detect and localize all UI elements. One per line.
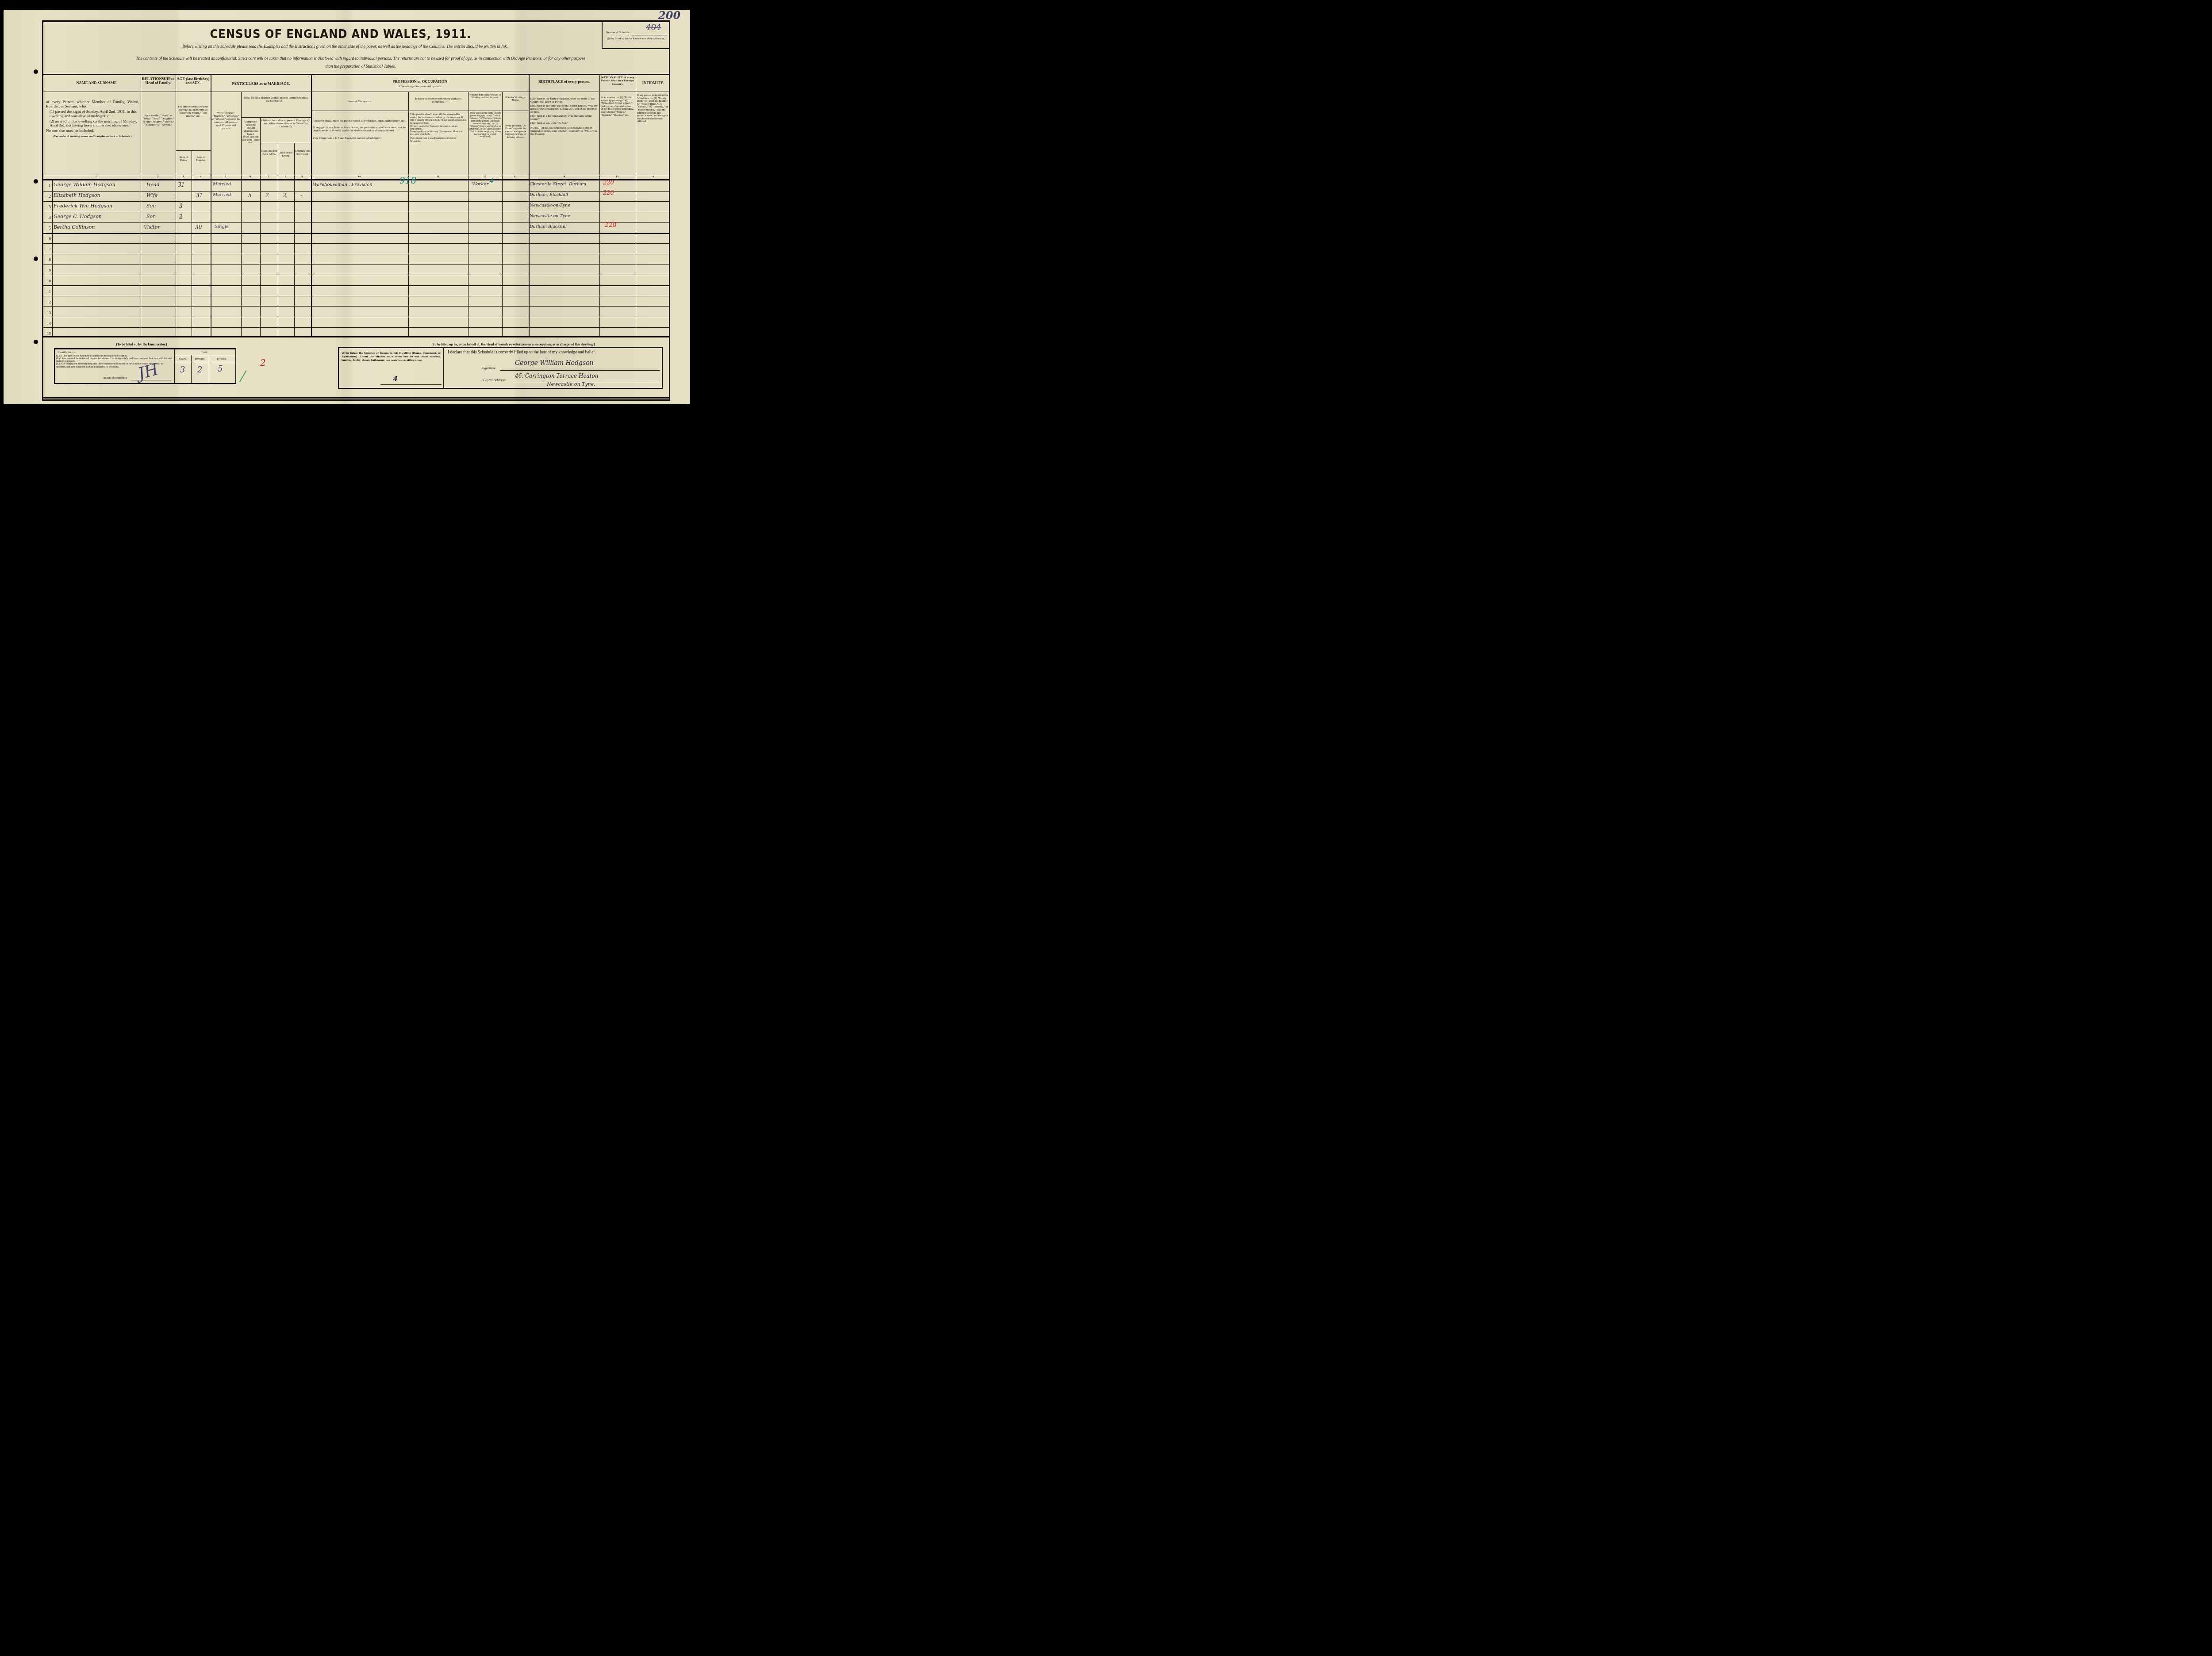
birthplace-instructions: (1) If born in the United Kingdom, write… [530, 97, 598, 136]
row-number: 14 [43, 321, 51, 326]
col-number: 15. [599, 175, 636, 178]
birthplace-cell[interactable]: Durham Blackhill [530, 224, 567, 229]
col-number: 4. [192, 175, 211, 178]
row-number: 10 [43, 279, 51, 283]
personal-body-3: (See Instructions 1 to 8 and Examples on… [313, 137, 406, 140]
confidential-notice-cont: than the preparation of Statistical Tabl… [49, 64, 672, 69]
postal-address-line-1[interactable]: 46. Carrington Terrace Heaton [515, 373, 598, 379]
col-number: 6. [241, 175, 260, 178]
subhead-line [176, 150, 211, 151]
employer-label: Whether Employer, Worker, or Working on … [469, 94, 502, 100]
children-header: Children born alive to present Marriage.… [261, 119, 311, 128]
birthplace-b2: (2) If born in any other part of the Bri… [530, 104, 598, 114]
persons-label: Persons. [209, 357, 234, 360]
marriage-years-label: Completed years the present Marriage has… [242, 120, 260, 144]
row-separator [42, 296, 670, 296]
row-separator [42, 285, 670, 286]
header-relationship: RELATIONSHIP to Head of Family. [141, 77, 176, 85]
row-separator [42, 254, 670, 254]
col-number: 9. [294, 175, 311, 178]
industry-body-4: (See Instruction 9 and Examples on back … [410, 137, 467, 143]
birthplace-b4: (4) If born at sea, write “At Sea.” [530, 122, 598, 125]
postal-address-label: Postal Address [483, 378, 506, 382]
col-number: 10. [311, 175, 408, 178]
page-bottom-rule [42, 397, 670, 399]
row-number: 12 [43, 300, 51, 304]
industry-body-3: If employed by a public body (Government… [410, 131, 467, 136]
table-row[interactable]: 5 Bertha Collinson Visitor 30 Single Dur… [42, 223, 670, 233]
total-males-value[interactable]: 3 [180, 365, 185, 375]
rooms-value[interactable]: 4 [393, 375, 398, 383]
occupation-subheader: of Persons aged ten years and upwards. [311, 85, 529, 88]
row-number: 2 [43, 194, 51, 199]
table-row[interactable]: 2 Elizabeth Hodgson Wife 31 Married 5 2 … [42, 191, 670, 201]
age-male-cell[interactable]: 2 [179, 214, 183, 220]
relationship-cell[interactable]: Son [146, 214, 156, 219]
row-number: 4 [43, 215, 51, 220]
header-occupation: PROFESSION or OCCUPATION [311, 80, 529, 84]
col-number: 7. [260, 175, 278, 178]
personal-body-2: If engaged in any Trade or Manufacture, … [313, 126, 406, 132]
subhead-line [241, 117, 311, 118]
birthplace-code-mark: 220 [603, 190, 614, 196]
females-label: Females. [191, 357, 209, 360]
total-females-value[interactable]: 2 [197, 365, 202, 375]
initials-label: Initials of Enumerator [104, 377, 127, 380]
signature-label: Signature [481, 366, 496, 370]
head-section-heading: (To be filled up by, or on behalf of, th… [363, 342, 664, 346]
children-living-cell[interactable]: 2 [283, 192, 287, 199]
relationship-instructions: State whether “Head,” or “Wife,” “Son,” … [142, 114, 175, 126]
red-check-mark: 2 [260, 357, 266, 368]
married-woman-instructions: State, for each Married Woman entered on… [242, 96, 310, 103]
condition-cell[interactable]: Married [213, 192, 231, 197]
name-cell[interactable]: George C. Hodgson [54, 214, 102, 219]
col-number: 13. [502, 175, 529, 178]
years-married-cell[interactable]: 5 [248, 192, 252, 199]
children-total-label: Total Children Born Alive. [261, 149, 278, 156]
marriage-years-note: If less than one year write “under one.” [242, 136, 260, 144]
employer-code-mark: 4 [490, 178, 494, 185]
subhead-line [260, 143, 311, 143]
name-instructions: of every Person, whether Member of Famil… [46, 100, 139, 138]
schedule-number-note: (To be filled up by the Enumerator after… [605, 37, 667, 40]
age-females-label: Ages of Females. [192, 156, 211, 162]
age-male-cell[interactable]: 3 [179, 203, 183, 209]
total-persons-value[interactable]: 5 [218, 364, 223, 374]
table-row[interactable]: 1 George William Hodgson Head 31 Married… [42, 180, 670, 191]
table-bottom-rule [42, 336, 670, 337]
row-number: 5 [43, 226, 51, 231]
rooms-instruction: Write below the Number of Rooms in this … [342, 351, 441, 362]
birthplace-code-mark: 228 [605, 222, 617, 229]
name-item1: (1) passed the night of Sunday, April 2n… [46, 110, 139, 119]
birthplace-b3: (3) If born in a Foreign Country, write … [530, 115, 598, 121]
row-number: 6 [43, 236, 51, 241]
header-age: AGE (last Birthday) and SEX. [176, 77, 211, 85]
row-separator [42, 327, 670, 328]
home-instructions: Write the words “At Home” opposite the n… [503, 125, 528, 139]
birthplace-cell[interactable]: Newcastle-on-Tyne [530, 214, 570, 218]
schedule-number-box: Number of Schedule 404 (To be filled up … [602, 21, 670, 49]
punch-hole [34, 69, 38, 74]
col-number: 16. [636, 175, 670, 178]
col-number: 14. [529, 175, 599, 178]
personal-body-1: The reply should show the precise branch… [313, 119, 406, 123]
relationship-cell[interactable]: Head [146, 182, 160, 188]
col-number: 2. [141, 175, 176, 178]
relationship-cell[interactable]: Visitor [144, 224, 160, 230]
marriage-years-text: Completed years the present Marriage has… [243, 120, 258, 136]
col-line [278, 143, 278, 336]
children-living-label: Children still Living. [278, 151, 294, 157]
birthplace-b1: (1) If born in the United Kingdom, write… [530, 97, 598, 103]
condition-cell[interactable]: Single [215, 224, 229, 229]
punch-hole [34, 340, 38, 344]
birthplace-cell[interactable]: Durham, Blackhill [530, 192, 568, 197]
row-number: 1 [43, 183, 51, 188]
birthplace-cell[interactable]: Chester-le-Street. Durham [530, 182, 586, 187]
children-died-cell[interactable]: - [300, 192, 302, 199]
males-label: Males. [174, 357, 191, 360]
row-number: 8 [43, 257, 51, 262]
schedule-number-struck: 404 [646, 23, 661, 32]
age-male-cell[interactable]: 31 [178, 182, 184, 188]
name-item2: (2) arrived in this dwelling on the morn… [46, 119, 139, 128]
header-birthplace: BIRTHPLACE of every person. [529, 80, 599, 84]
row-number: 3 [43, 204, 51, 210]
form-title: CENSUS OF ENGLAND AND WALES, 1911. [193, 27, 488, 41]
home-label: Whether Working at Home. [503, 96, 529, 102]
col-number: 8. [278, 175, 294, 178]
industry-label: Industry or Service with which worker is… [409, 97, 467, 103]
age-males-label: Ages of Males. [176, 156, 192, 162]
children-died-label: Children who have Died. [294, 149, 311, 156]
col-line [443, 348, 444, 388]
relationship-cell[interactable]: Wife [146, 192, 157, 198]
punch-hole [34, 257, 38, 261]
header-infirmity: INFIRMITY. [636, 81, 670, 85]
children-total-cell[interactable]: 2 [265, 192, 269, 199]
row-separator [42, 317, 670, 317]
col-number: 12. [468, 175, 502, 178]
row-number: 11 [43, 289, 51, 294]
industry-body-1: This question should generally be answer… [410, 113, 467, 125]
personal-occupation-instructions: The reply should show the precise branch… [313, 119, 406, 140]
name-no-one-else: No one else must be included. [46, 129, 139, 133]
name-cell[interactable]: Elizabeth Hodgson [54, 192, 100, 198]
subhead-line [311, 111, 529, 111]
employer-cell[interactable]: Worker [472, 182, 488, 187]
row-number: 13 [43, 310, 51, 315]
birthplace-cell[interactable]: Newcastle-on-Tyne [530, 203, 570, 208]
enumerator-box: I certify that :— (1.) All the ages on t… [54, 348, 236, 384]
header-rule [42, 92, 670, 92]
rooms-line [380, 384, 442, 385]
instruction-line-1: Before writing on this Schedule please r… [88, 44, 602, 49]
col-number: 5. [211, 175, 241, 178]
col-number: 3. [176, 175, 192, 178]
head-section-box: Write below the Number of Rooms in this … [338, 347, 663, 389]
punch-hole [34, 179, 38, 184]
age-instructions: For Infants under one year state the age… [176, 105, 210, 118]
header-name: NAME AND SURNAME [52, 81, 141, 85]
name-cell[interactable]: George William Hodgson [54, 182, 115, 188]
relationship-cell[interactable]: Son [146, 203, 156, 209]
signature[interactable]: George William Hodgson [515, 360, 594, 367]
row-separator [42, 264, 670, 265]
corner-schedule-number: 200 [658, 9, 680, 22]
certify-label: I certify that :— [58, 351, 76, 354]
age-female-cell[interactable]: 30 [195, 224, 202, 230]
row-separator [42, 243, 670, 244]
postal-address-line-2[interactable]: Newcastle on Tyne. [547, 381, 595, 387]
row-separator [42, 306, 670, 307]
declaration-text: I declare that this Schedule is correctl… [448, 350, 596, 355]
col-number: 11. [408, 175, 468, 178]
subhead-line [174, 362, 234, 362]
row-number: 9 [43, 268, 51, 272]
industry-instructions: This question should generally be answer… [410, 113, 467, 143]
table-top-rule [42, 74, 670, 75]
birthplace-code-mark: 220 [603, 180, 614, 186]
age-female-cell[interactable]: 31 [196, 192, 203, 199]
occupation-code-mark: 918 [399, 175, 416, 186]
condition-cell[interactable]: Married [213, 182, 231, 187]
name-cell[interactable]: Bertha Collinson [54, 224, 95, 230]
col-line [294, 143, 295, 336]
subhead-line [174, 355, 234, 355]
row-number: 15 [43, 331, 51, 336]
table-row[interactable]: 4 George C. Hodgson Son 2 Newcastle-on-T… [42, 212, 670, 222]
name-order-note: (For order of entering names see Example… [46, 135, 139, 138]
total-label: Total. [174, 351, 234, 354]
schedule-number-line [632, 35, 667, 35]
name-body: of every Person, whether Member of Famil… [46, 100, 139, 109]
personal-occupation-label: Personal Occupation. [311, 100, 408, 103]
col-number: 1. [52, 175, 141, 178]
signature-line [500, 370, 660, 371]
name-cell[interactable]: Frederick Wm Hodgson [54, 203, 112, 209]
table-row[interactable]: 3 Frederick Wm Hodgson Son 3 Newcastle-o… [42, 202, 670, 212]
enumerator-heading: (To be filled up by the Enumerator.) [53, 342, 230, 346]
row-number: 7 [43, 247, 51, 251]
header-nationality: NATIONALITY of every Person born in a Fo… [599, 76, 636, 86]
marriage-condition-instructions: Write “Single,” “Married,” “Widower,” or… [211, 111, 240, 130]
birthplace-note: NOTE.—In the case of persons born elsewh… [530, 126, 598, 136]
employer-instructions: Write opposite the name of each person e… [469, 112, 502, 138]
confidential-notice: The contents of the Schedule will be tre… [49, 56, 672, 61]
row-separator [42, 275, 670, 275]
infirmity-instructions: If any person included in this Schedule … [637, 94, 669, 123]
header-marriage: PARTICULARS as to MARRIAGE. [211, 82, 311, 86]
occupation-cell[interactable]: Warehouseman . Provision [313, 182, 373, 187]
nationality-instructions: State whether :— (1) “British subject by… [601, 96, 635, 117]
schedule-number-label: Number of Schedule [606, 31, 630, 34]
